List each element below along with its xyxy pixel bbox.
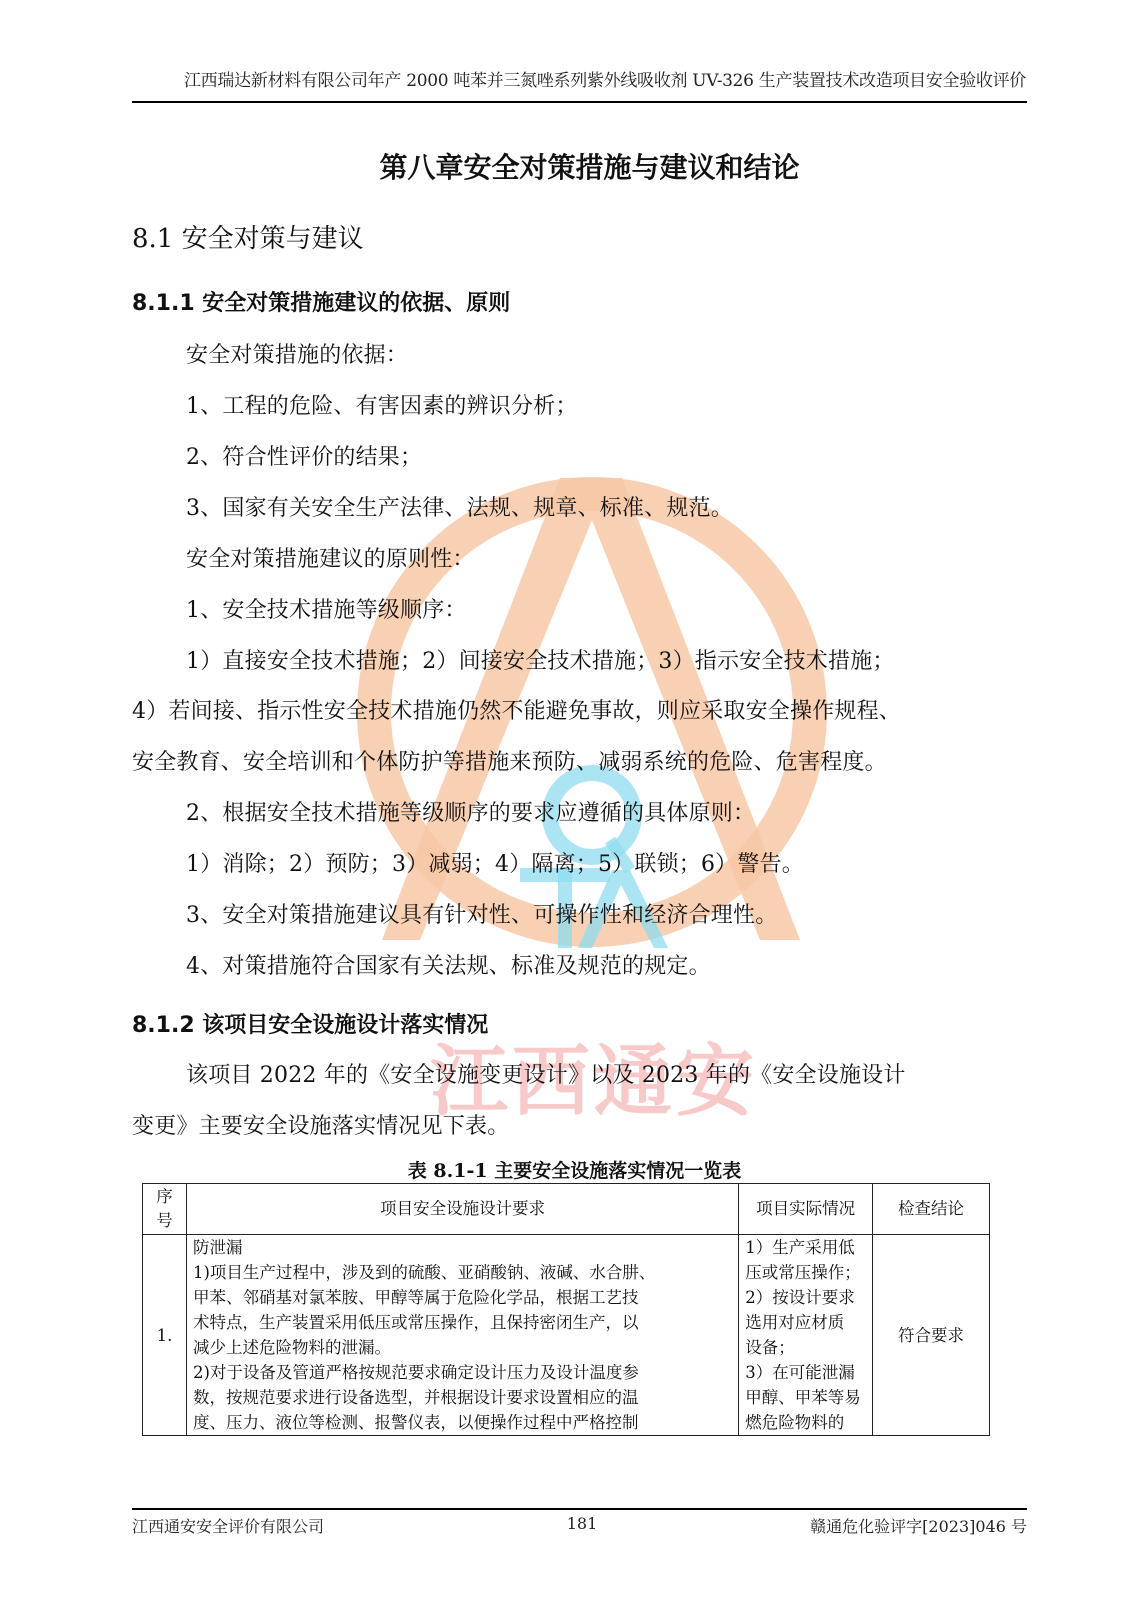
principle-1-detail-line-2: 4）若间接、指示性安全技术措施仍然不能避免事故，则应采取安全操作规程、 [132,694,901,725]
basis-item-2: 2、符合性评价的结果； [186,440,422,471]
actual-line: 1）生产采用低 [745,1235,866,1260]
principle-2-detail: 1）消除；2）预防；3）减弱；4）隔离；5）联锁；6）警告。 [186,847,804,878]
row-seq: 1. [143,1235,187,1436]
basis-item-1: 1、工程的危险、有害因素的辨识分析； [186,389,578,420]
principle-1: 1、安全技术措施等级顺序： [186,593,467,624]
row-requirement: 防泄漏 1)项目生产过程中，涉及到的硫酸、亚硝酸钠、液碱、水合肼、 甲苯、邻硝基… [186,1235,738,1436]
document-page: 江西瑞达新材料有限公司年产 2000 吨苯并三氮唑系列紫外线吸收剂 UV-326… [0,0,1129,1600]
basis-intro: 安全对策措施的依据： [186,338,408,369]
basis-item-3: 3、国家有关安全生产法律、法规、规章、标准、规范。 [186,491,733,522]
actual-line: 压或常压操作； [745,1260,866,1285]
actual-line: 3）在可能泄漏 [745,1360,866,1385]
running-header: 江西瑞达新材料有限公司年产 2000 吨苯并三氮唑系列紫外线吸收剂 UV-326… [132,66,1026,91]
row-conclusion: 符合要求 [873,1235,990,1436]
principle-2: 2、根据安全技术措施等级顺序的要求应遵循的具体原则： [186,796,755,827]
requirement-line: 术特点，生产装置采用低压或常压操作，且保持密闭生产，以 [193,1310,732,1335]
header-requirement: 项目安全设施设计要求 [186,1184,738,1235]
actual-line: 设备； [745,1335,866,1360]
requirement-line: 1)项目生产过程中，涉及到的硫酸、亚硝酸钠、液碱、水合肼、 [193,1260,732,1285]
header-actual: 项目实际情况 [739,1184,873,1235]
footer-rule [132,1508,1027,1510]
principle-4: 4、对策措施符合国家有关法规、标准及规范的规定。 [186,949,711,980]
actual-line: 选用对应材质 [745,1310,866,1335]
principles-intro: 安全对策措施建议的原则性： [186,542,475,573]
requirement-line: 防泄漏 [193,1235,732,1260]
principle-3: 3、安全对策措施建议具有针对性、可操作性和经济合理性。 [186,898,777,929]
safety-facilities-table: 序号 项目安全设施设计要求 项目实际情况 检查结论 1. 防泄漏 1)项目生产过… [142,1183,990,1436]
header-rule [132,101,1027,103]
header-seq: 序号 [143,1184,187,1235]
section-heading-8-1: 8.1 安全对策与建议 [132,218,364,255]
row-actual: 1）生产采用低 压或常压操作； 2）按设计要求 选用对应材质 设备； 3）在可能… [739,1235,873,1436]
requirement-line: 数，按规范要求进行设备选型，并根据设计要求设置相应的温 [193,1385,732,1410]
requirement-line: 度、压力、液位等检测、报警仪表，以便操作过程中严格控制 [193,1410,732,1435]
principle-1-detail-line-1: 1）直接安全技术措施；2）间接安全技术措施；3）指示安全技术措施； [186,644,895,675]
requirement-line: 2)对于设备及管道严格按规范要求确定设计压力及设计温度参 [193,1360,732,1385]
header-conclusion: 检查结论 [873,1184,990,1235]
actual-line: 燃危险物料的 [745,1410,866,1435]
table-caption: 表 8.1-1 主要安全设施落实情况一览表 [0,1156,1129,1183]
actual-line: 甲醇、甲苯等易 [745,1385,866,1410]
section-8-1-2-intro-line-1: 该项目 2022 年的《安全设施变更设计》以及 2023 年的《安全设施设计 [186,1058,906,1089]
section-heading-8-1-2: 8.1.2 该项目安全设施设计落实情况 [132,1008,488,1039]
chapter-title: 第八章安全对策措施与建议和结论 [0,146,1129,186]
requirement-line: 甲苯、邻硝基对氯苯胺、甲醇等属于危险化学品，根据工艺技 [193,1285,732,1310]
table-header-row: 序号 项目安全设施设计要求 项目实际情况 检查结论 [143,1184,990,1235]
requirement-line: 减少上述危险物料的泄漏。 [193,1335,732,1360]
section-heading-8-1-1: 8.1.1 安全对策措施建议的依据、原则 [132,286,510,317]
footer-report-number: 赣通危化验评字[2023]046 号 [810,1514,1027,1537]
principle-1-detail-line-3: 安全教育、安全培训和个体防护等措施来预防、减弱系统的危险、危害程度。 [132,745,887,776]
section-8-1-2-intro-line-2: 变更》主要安全设施落实情况见下表。 [132,1109,509,1140]
table-row: 1. 防泄漏 1)项目生产过程中，涉及到的硫酸、亚硝酸钠、液碱、水合肼、 甲苯、… [143,1235,990,1436]
actual-line: 2）按设计要求 [745,1285,866,1310]
